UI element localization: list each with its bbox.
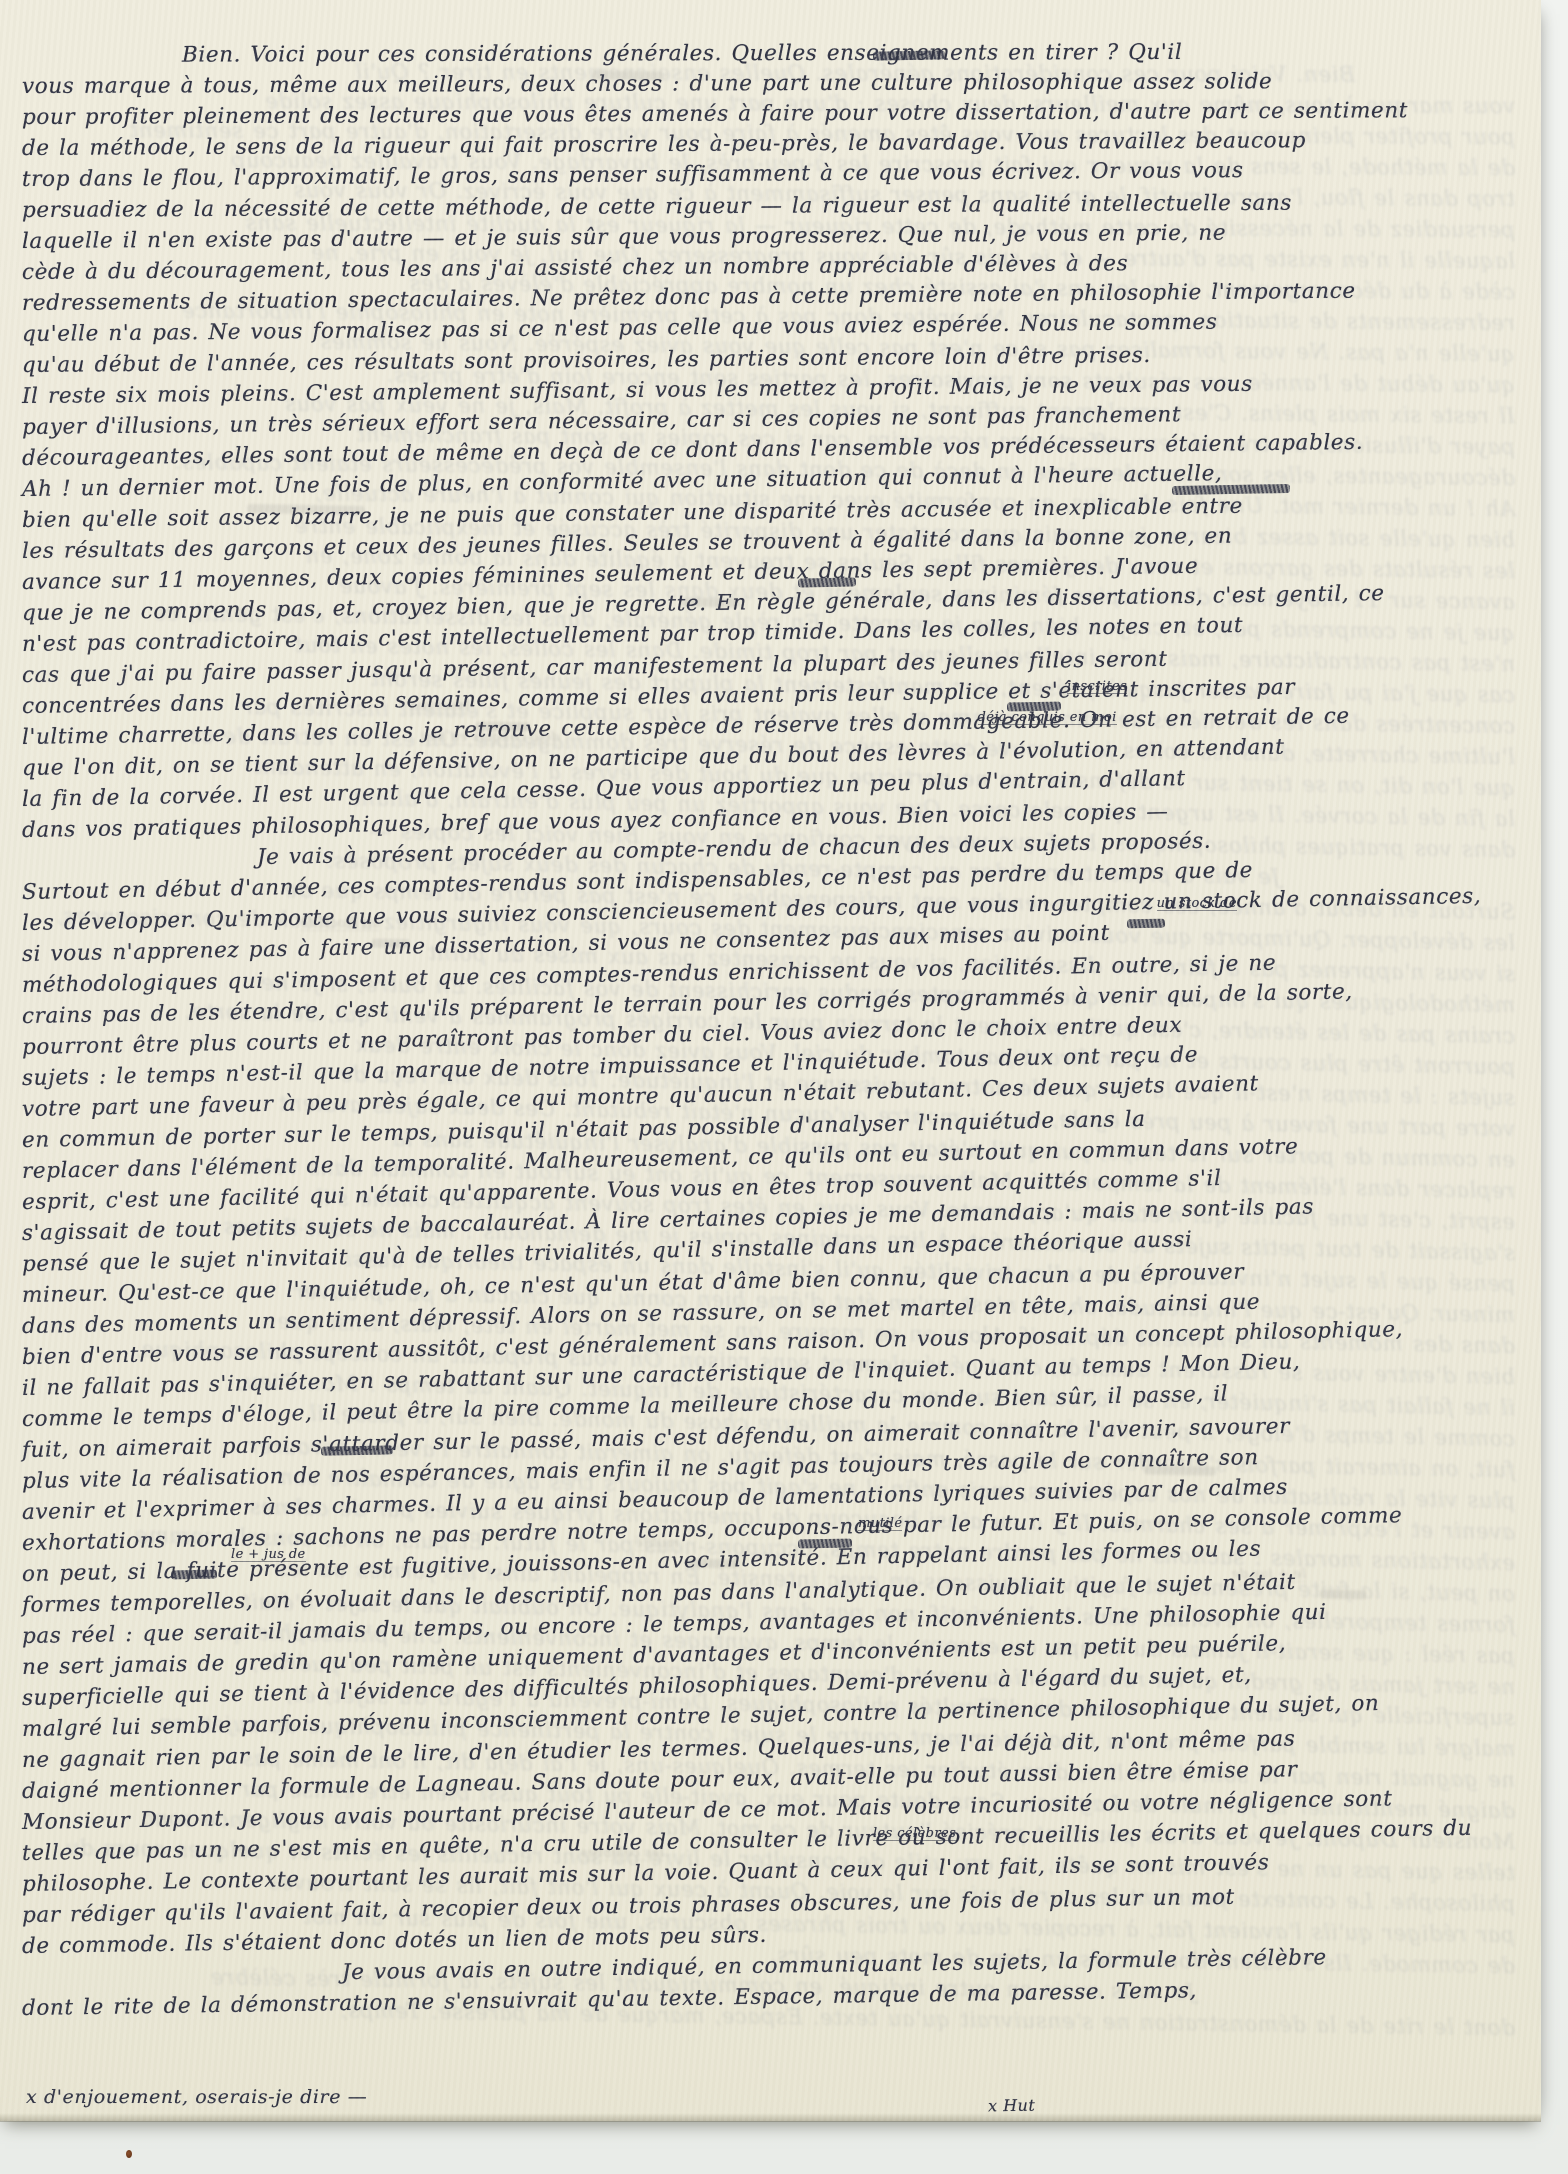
interlinear-insertion: mutilé: [858, 1517, 902, 1531]
interlinear-insertion: déjà conquis en moi: [978, 711, 1117, 725]
letter-lines: Bien. Voici pour ces considérations géné…: [22, 40, 1515, 2024]
scratched-out-word: [1127, 919, 1165, 929]
letter-page: Bien. Voici pour ces considérations géné…: [0, 0, 1541, 2121]
scratched-out-word: [321, 1445, 393, 1455]
scratched-out-word: [1007, 702, 1061, 712]
interlinear-insertion: les célèbres: [873, 1827, 956, 1841]
interlinear-insertion: le + jus de: [231, 1548, 306, 1562]
scratched-out-word: [873, 50, 945, 60]
footnote-left: x d'enjouement, oserais-je dire —: [26, 2086, 367, 2108]
paper-bottom-edge: [0, 2113, 1541, 2122]
scratched-out-word: [171, 1570, 217, 1580]
interlinear-insertion: inscrites: [1067, 680, 1127, 694]
interlinear-insertion: un stock de: [1157, 897, 1237, 911]
scratched-out-word: [798, 1539, 852, 1549]
scanner-background: { "page": { "paper_color": "#edeadb", "i…: [0, 0, 1568, 2174]
scratched-out-word: [798, 577, 856, 587]
dust-speck: [126, 2150, 132, 2158]
